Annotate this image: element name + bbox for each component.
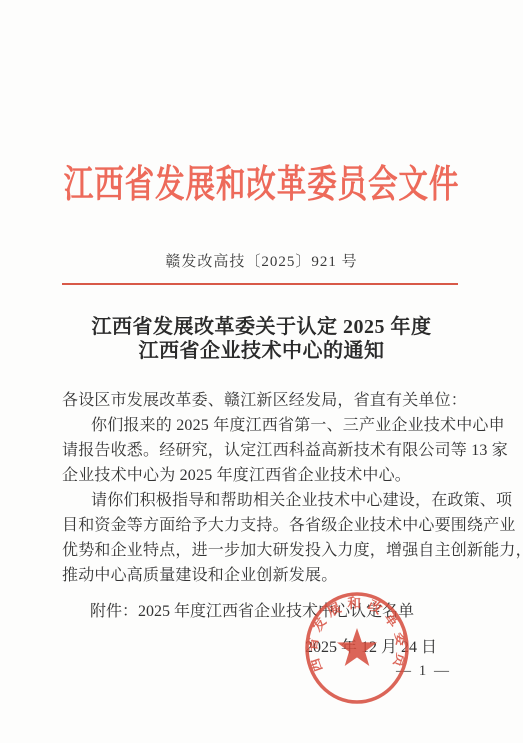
issue-date: 2025 年 12 月 24 日 bbox=[305, 636, 437, 660]
body-line: 企业技术中心为 2025 年度江西省企业技术中心。 bbox=[62, 463, 488, 488]
document-title-line-1: 江西省发展改革委关于认定 2025 年度 bbox=[0, 315, 523, 339]
body-line: 请报告收悉。经研究，认定江西科益高新技术有限公司等 13 家 bbox=[62, 438, 488, 463]
document-title: 江西省发展改革委关于认定 2025 年度 江西省企业技术中心的通知 bbox=[0, 315, 523, 363]
red-header-title-text: 江西省发展和改革委员会文件 bbox=[64, 163, 459, 207]
body-line: 你们报来的 2025 年度江西省第一、三产业企业技术中心申 bbox=[62, 413, 488, 438]
salutation-line: 各设区市发展改革委、赣江新区经发局，省直有关单位： bbox=[62, 388, 488, 413]
red-header-title: 江西省发展和改革委员会文件 bbox=[0, 163, 523, 207]
document-body: 各设区市发展改革委、赣江新区经发局，省直有关单位： 你们报来的 2025 年度江… bbox=[62, 388, 488, 588]
document-number: 赣发改高技〔2025〕921 号 bbox=[0, 252, 523, 272]
body-line: 优势和企业特点，进一步加大研发投入力度，增强自主创新能力， bbox=[62, 538, 488, 563]
attachment-line: 附件：2025 年度江西省企业技术中心认定名单 bbox=[90, 600, 414, 624]
body-line: 目和资金等方面给予大力支持。各省级企业技术中心要围绕产业 bbox=[62, 513, 488, 538]
red-divider-rule bbox=[62, 283, 458, 285]
official-document-page: 江西省发展和改革委员会文件 赣发改高技〔2025〕921 号 江西省发展改革委关… bbox=[0, 0, 523, 743]
body-line: 请你们积极指导和帮助相关企业技术中心建设，在政策、项 bbox=[62, 488, 488, 513]
document-title-line-2: 江西省企业技术中心的通知 bbox=[0, 339, 523, 363]
page-number: — 1 — bbox=[396, 659, 451, 683]
body-line: 推动中心高质量建设和企业创新发展。 bbox=[62, 563, 488, 588]
